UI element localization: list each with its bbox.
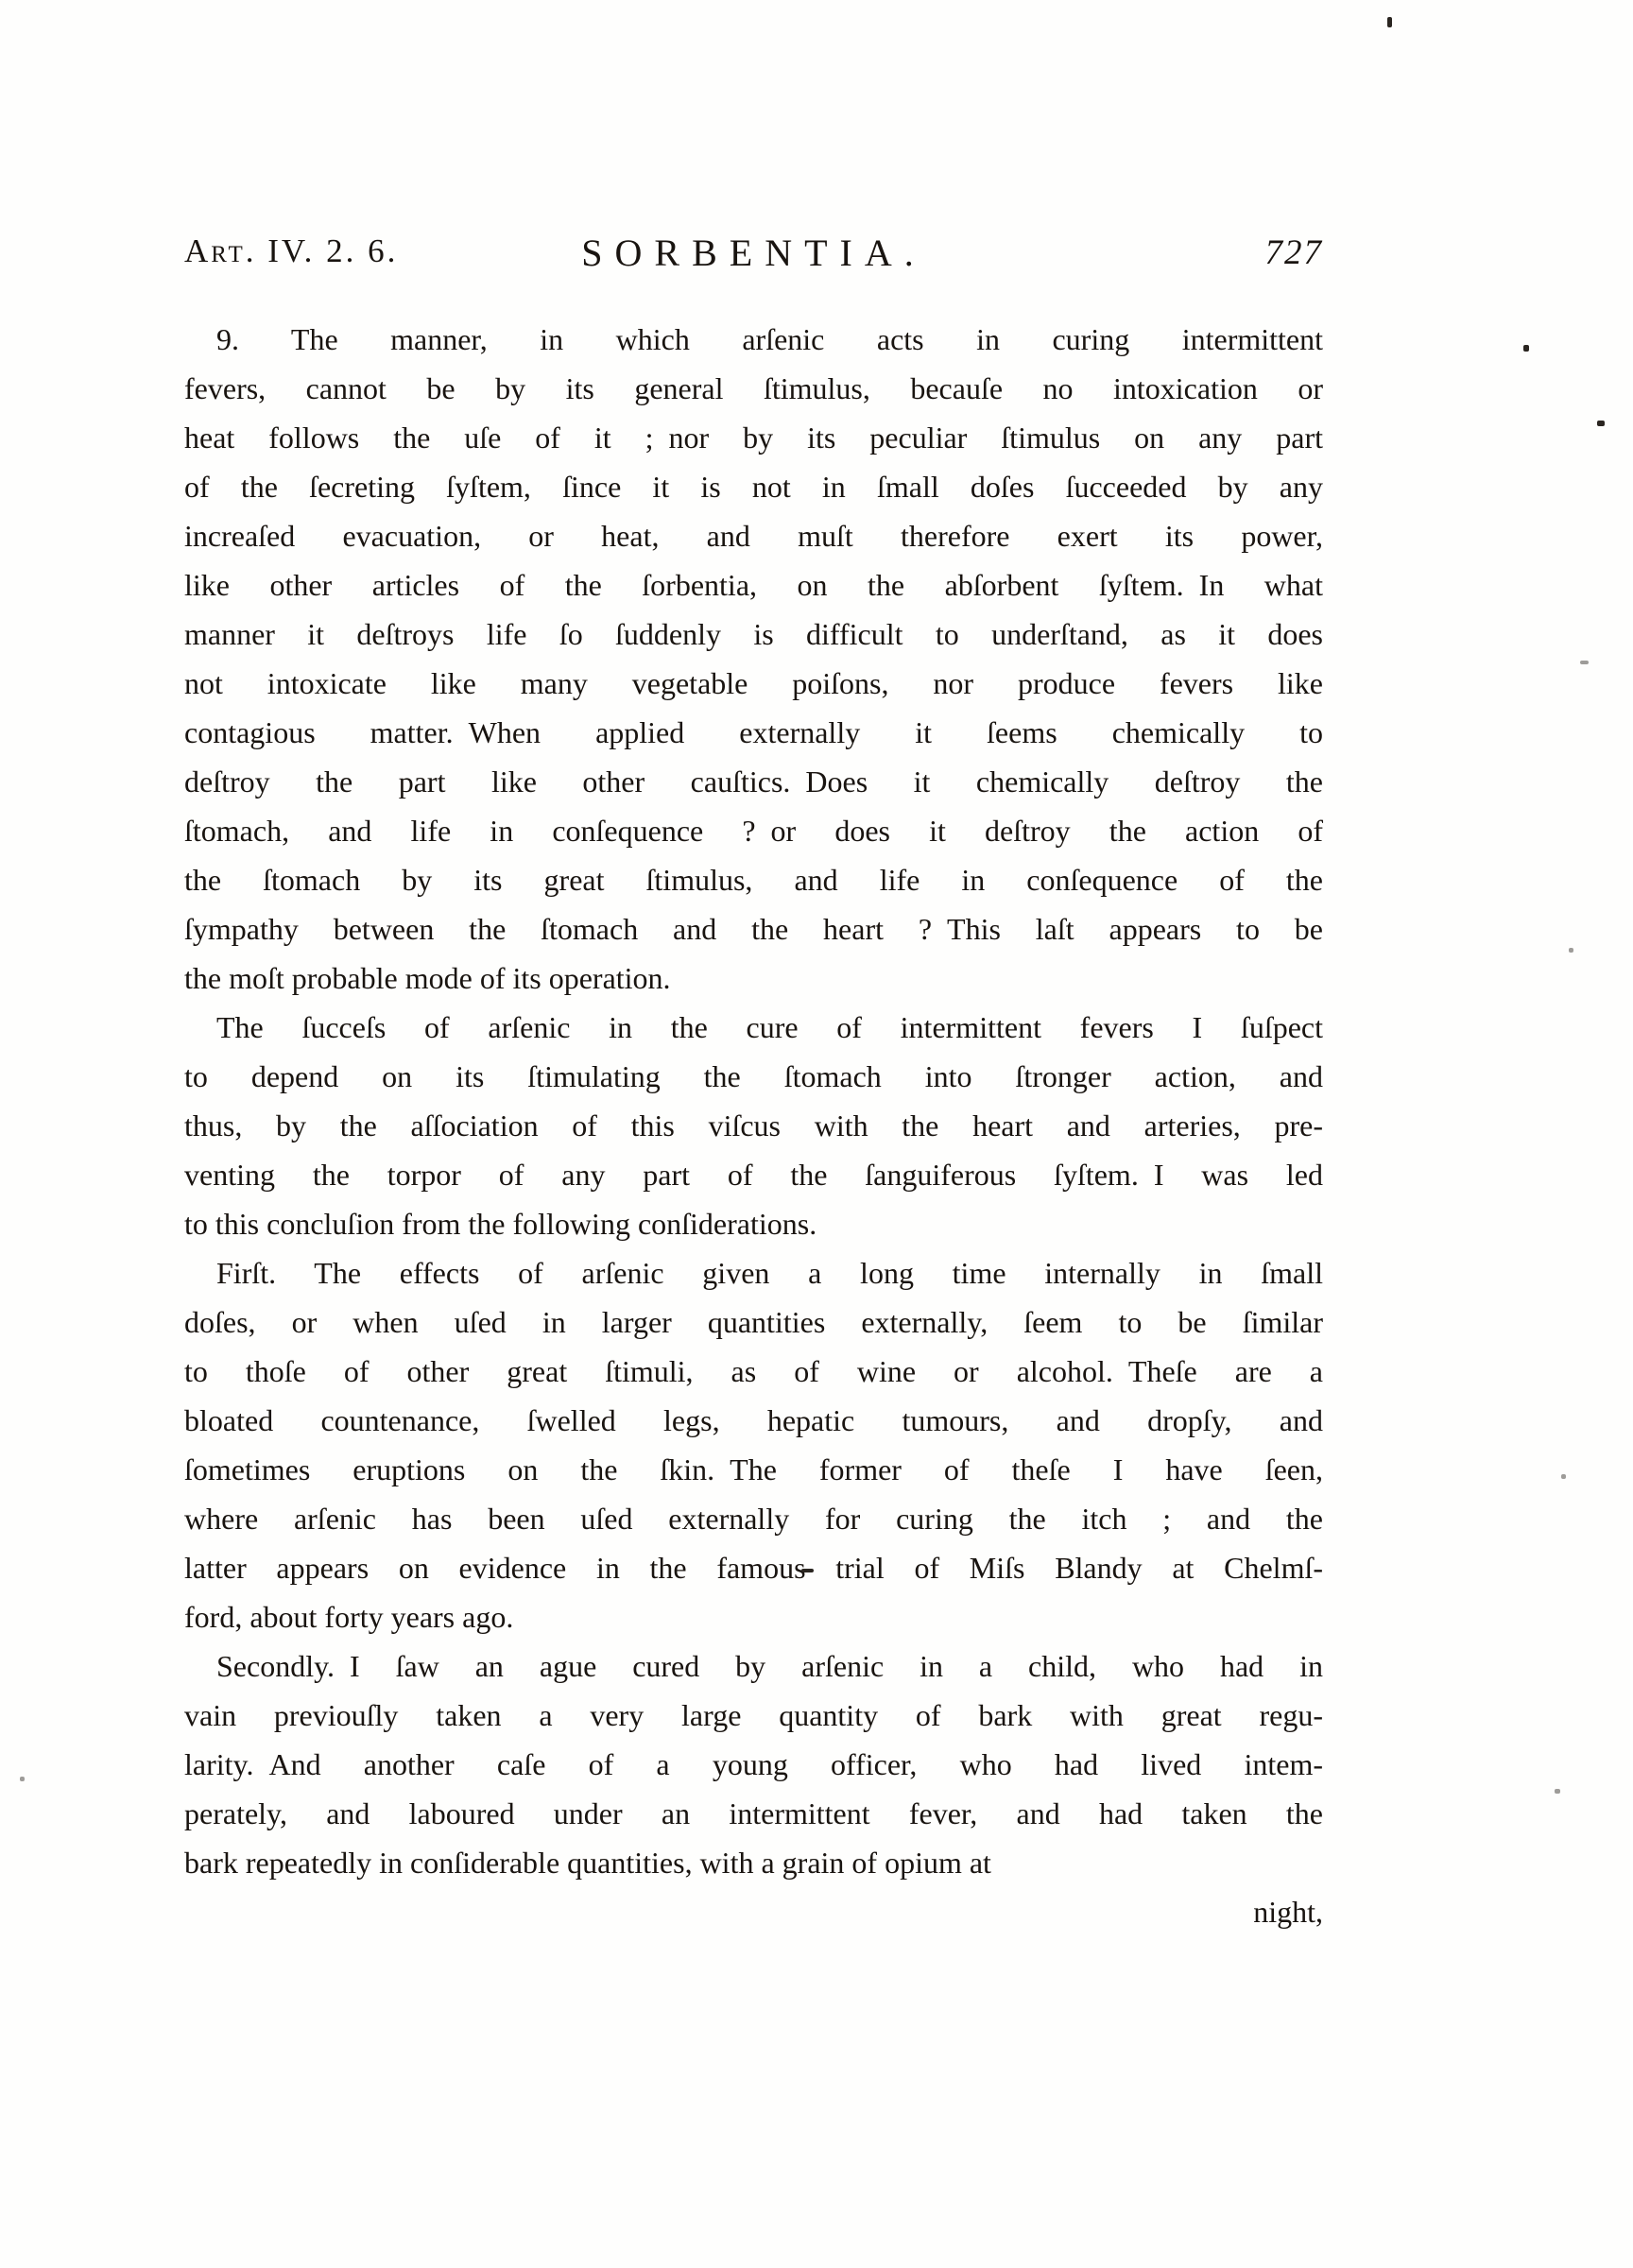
text-line: like other articles of the ſorbentia, on…: [184, 560, 1323, 610]
text-line: Secondly. I ſaw an ague cured by arſenic…: [184, 1641, 1323, 1691]
text-line: the moſt probable mode of its operation.: [184, 954, 1323, 1003]
text-line: venting the torpor of any part of the ſa…: [184, 1150, 1323, 1199]
text-line: ſtomach, and life in conſequence ? or do…: [184, 806, 1323, 855]
text-line: bloated countenance, ſwelled legs, hepat…: [184, 1396, 1323, 1445]
text-line: contagious matter. When applied external…: [184, 708, 1323, 757]
text-line: perately, and laboured under an intermit…: [184, 1789, 1323, 1838]
scan-speck: [1555, 1789, 1560, 1794]
text-line: not intoxicate like many vegetable poiſo…: [184, 659, 1323, 708]
scan-speck: [1580, 661, 1589, 664]
page-number: 727: [1265, 232, 1324, 273]
text-line: The ſucceſs of arſenic in the cure of in…: [184, 1003, 1323, 1052]
text-line: ſometimes eruptions on the ſkin. The for…: [184, 1445, 1323, 1494]
page-header: Art. IV. 2. 6. SORBENTIA. 727: [184, 232, 1323, 282]
text-line: fevers, cannot be by its general ſtimulu…: [184, 364, 1323, 413]
scan-speck: [1597, 421, 1605, 426]
scan-speck: [801, 1569, 814, 1572]
text-line: latter appears on evidence in the famous…: [184, 1543, 1323, 1592]
text-line: manner it deſtroys life ſo ſuddenly is d…: [184, 610, 1323, 659]
text-line: of the ſecreting ſyſtem, ſince it is not…: [184, 462, 1323, 511]
scan-speck: [1523, 345, 1529, 352]
text-line: 9. The manner, in which arſenic acts in …: [184, 315, 1323, 364]
text-line: doſes, or when uſed in larger quantities…: [184, 1297, 1323, 1347]
text-line: thus, by the aſſociation of this viſcus …: [184, 1101, 1323, 1150]
text-line: larity. And another caſe of a young offi…: [184, 1740, 1323, 1789]
text-line: heat follows the uſe of it ; nor by its …: [184, 413, 1323, 462]
text-line: to depend on its ſtimulating the ſtomach…: [184, 1052, 1323, 1101]
text-line: vain previouſly taken a very large quant…: [184, 1691, 1323, 1740]
text-line: to thoſe of other great ſtimuli, as of w…: [184, 1347, 1323, 1396]
text-line: the ſtomach by its great ſtimulus, and l…: [184, 855, 1323, 904]
book-page-scan: Art. IV. 2. 6. SORBENTIA. 727 9. The man…: [0, 0, 1633, 2268]
text-line: to this concluſion from the following co…: [184, 1199, 1323, 1248]
text-line: Firſt. The effects of arſenic given a lo…: [184, 1248, 1323, 1297]
catchword: night,: [184, 1887, 1323, 1936]
running-title: SORBENTIA.: [184, 231, 1323, 275]
text-line: deſtroy the part like other cauſtics. Do…: [184, 757, 1323, 806]
text-line: where arſenic has been uſed externally f…: [184, 1494, 1323, 1543]
text-line: ford, about forty years ago.: [184, 1592, 1323, 1641]
scan-speck: [1561, 1474, 1566, 1479]
text-line: ſympathy between the ſtomach and the hea…: [184, 904, 1323, 954]
scan-speck: [20, 1777, 25, 1781]
scan-speck: [1387, 17, 1392, 27]
scan-speck: [1569, 948, 1573, 953]
text-line: increaſed evacuation, or heat, and muſt …: [184, 511, 1323, 560]
page-body: 9. The manner, in which arſenic acts in …: [184, 315, 1323, 1936]
text-line: bark repeatedly in conſiderable quantiti…: [184, 1838, 1323, 1887]
